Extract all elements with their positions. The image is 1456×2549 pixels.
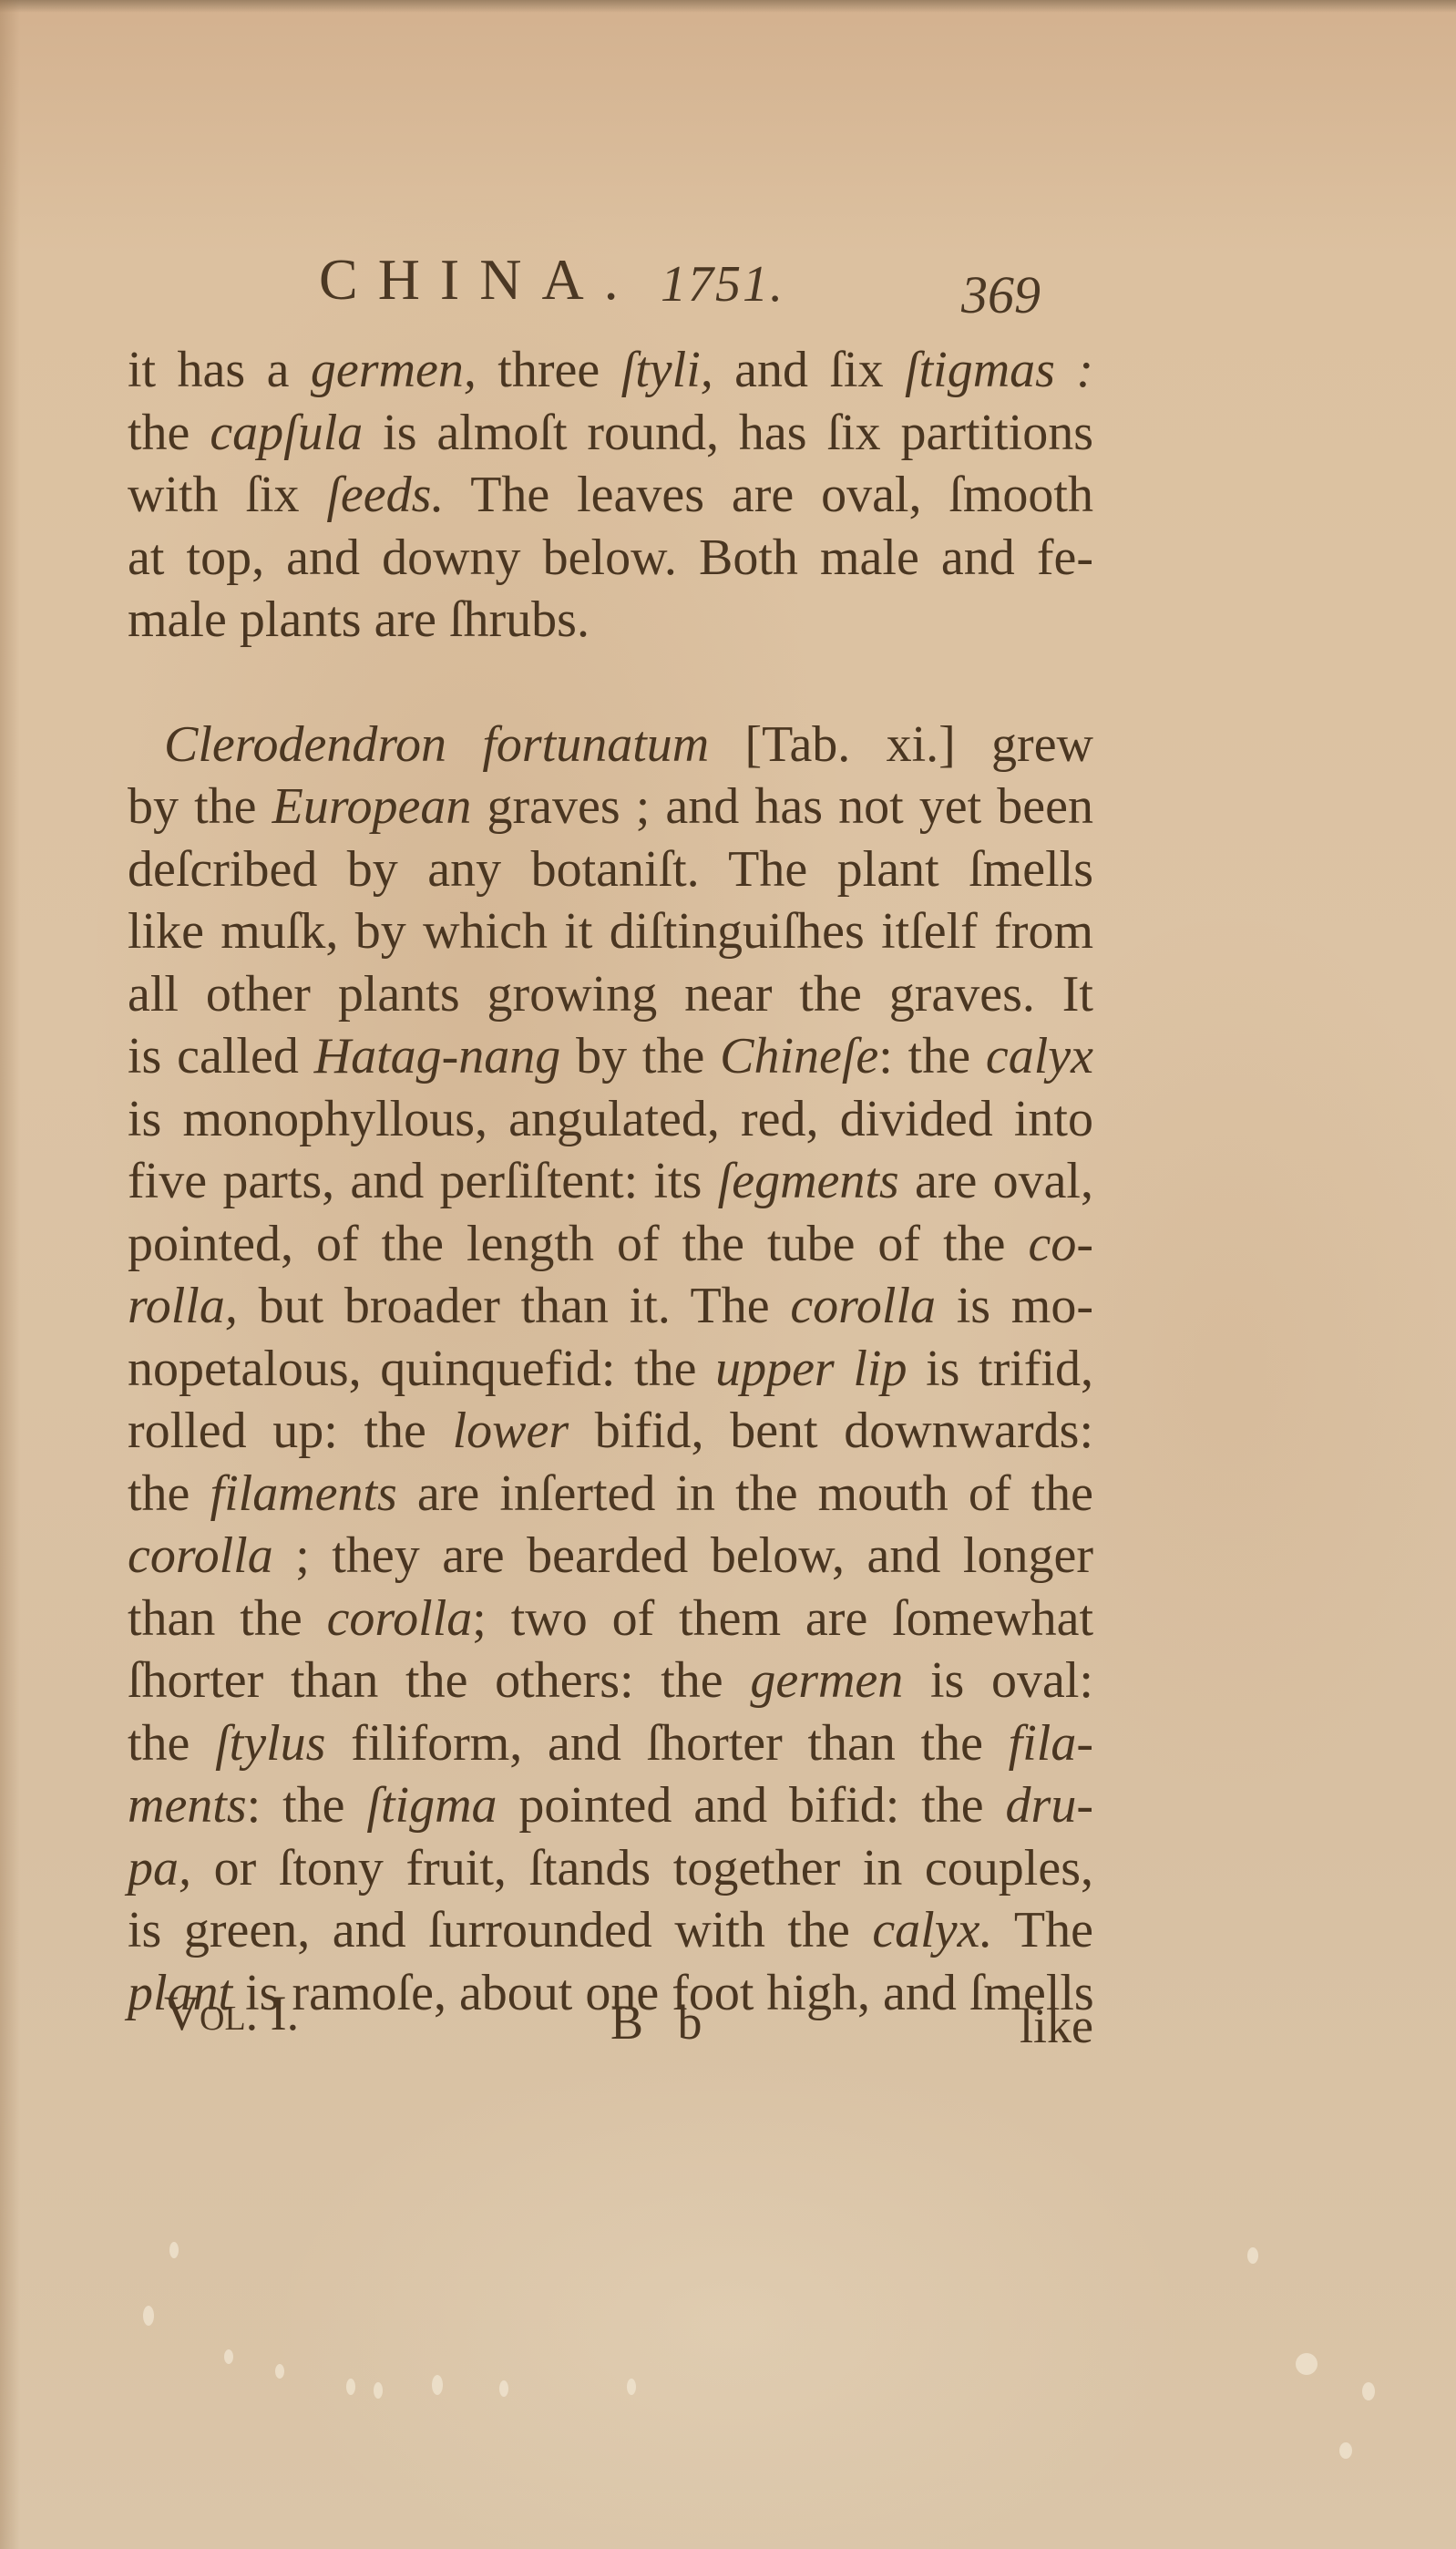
text-run: is almoſt round, has ſix partitions	[363, 405, 1093, 461]
catchword: like	[1020, 1998, 1093, 2054]
paper-spot	[432, 2375, 443, 2395]
text-run: nopetalous, quinquefid: the	[128, 1341, 715, 1397]
text-run: by the	[128, 778, 272, 835]
text-line: the filaments are inſerted in the mouth …	[128, 1463, 1093, 1526]
text-line: ments: the ſtigma pointed and bifid: the…	[128, 1774, 1093, 1837]
text-run: is mo-	[936, 1278, 1093, 1334]
text-line: is green, and ſurrounded with the calyx.…	[128, 1899, 1093, 1962]
text-run: bifid, bent downwards:	[569, 1403, 1093, 1459]
text-line: at top, and downy below. Both male and f…	[128, 527, 1093, 590]
italic-term: upper lip	[715, 1341, 907, 1397]
paper-spot	[143, 2306, 154, 2326]
text-run: the	[128, 405, 210, 461]
text-run: with ſix	[128, 467, 326, 523]
text-run: The leaves are oval, ſmooth	[444, 467, 1093, 523]
text-run: is trifid,	[907, 1341, 1093, 1397]
text-line: rolla, but broader than it. The corolla …	[128, 1275, 1093, 1338]
italic-term: Hatag-nang	[314, 1028, 561, 1084]
text-line: all other plants growing near the graves…	[128, 963, 1093, 1026]
italic-term: ments	[128, 1777, 247, 1834]
text-run: The	[992, 1902, 1093, 1958]
paper-spot	[1362, 2382, 1375, 2400]
text-line: it has a germen, three ſtyli, and ſix ſt…	[128, 339, 1093, 402]
italic-term: Chineſe	[720, 1028, 878, 1084]
italic-term: ſeeds.	[326, 467, 444, 523]
text-run: is oval:	[903, 1652, 1093, 1709]
text-run: rolled up: the	[128, 1403, 453, 1459]
text-run: but broader than it. The	[238, 1278, 790, 1334]
italic-term: lower	[453, 1403, 569, 1459]
text-run: five parts, and perſiſtent: its	[128, 1153, 718, 1209]
text-run: it has a	[128, 342, 311, 398]
paper-spot	[1296, 2353, 1318, 2375]
running-head: CHINA. 1751. 369	[128, 246, 1084, 319]
italic-term: germen	[750, 1652, 903, 1709]
italic-term: germen,	[311, 342, 477, 398]
text-run: pointed, of the length of the tube of th…	[128, 1216, 1028, 1272]
italic-term: corolla	[128, 1527, 273, 1584]
text-line: five parts, and perſiſtent: its ſegments…	[128, 1150, 1093, 1213]
text-run: male plants are ſhrubs.	[128, 591, 590, 648]
paper-spot	[627, 2379, 636, 2395]
page-number: 369	[961, 264, 1041, 325]
paper-spot	[224, 2349, 233, 2364]
paper-spot	[346, 2379, 355, 2395]
text-run: all other plants growing near the graves…	[128, 966, 1093, 1023]
body-text: it has a germen, three ſtyli, and ſix ſt…	[128, 339, 1093, 2024]
text-run: are inſerted in the mouth of the	[397, 1465, 1093, 1522]
text-run: : the	[878, 1028, 986, 1084]
text-line: with ſix ſeeds. The leaves are oval, ſmo…	[128, 464, 1093, 527]
text-run: and ſix	[713, 342, 905, 398]
italic-term: fila-	[1009, 1715, 1093, 1772]
text-run: ſhorter than the others: the	[128, 1652, 750, 1709]
text-line: corolla ; they are bearded below, and lo…	[128, 1525, 1093, 1588]
text-run: the	[128, 1715, 215, 1772]
text-run: the	[128, 1465, 210, 1522]
running-head-year: 1751.	[661, 255, 784, 313]
text-run: three	[477, 342, 621, 398]
signature-mark: B b	[610, 1994, 713, 2051]
italic-term: ſegments	[718, 1153, 899, 1209]
italic-term: European	[272, 778, 472, 835]
text-run: pointed and bifid: the	[497, 1777, 1006, 1834]
text-run: at top, and downy below. Both male and f…	[128, 529, 1093, 586]
text-run: : the	[247, 1777, 367, 1834]
text-line: ſhorter than the others: the germen is o…	[128, 1650, 1093, 1712]
italic-term: ſtyli,	[621, 342, 713, 398]
text-line: deſcribed by any botaniſt. The plant ſme…	[128, 838, 1093, 901]
text-run: is called	[128, 1028, 314, 1084]
text-run: ; two of them are ſomewhat	[472, 1590, 1093, 1647]
paper-spot	[499, 2380, 508, 2397]
text-run: than the	[128, 1590, 327, 1647]
italic-term: ſtigma	[366, 1777, 497, 1834]
italic-term: ſtigmas :	[905, 342, 1093, 398]
text-run: by the	[560, 1028, 720, 1084]
text-line: the capſula is almoſt round, has ſix par…	[128, 402, 1093, 465]
text-run: like muſk, by which it diſtinguiſhes itſ…	[128, 903, 1093, 960]
paragraph-gap	[128, 652, 1093, 714]
text-run: graves ; and has not yet been	[471, 778, 1093, 835]
text-line: nopetalous, quinquefid: the upper lip is…	[128, 1338, 1093, 1401]
paper-spot	[275, 2364, 284, 2379]
text-run: filiform, and ſhorter than the	[325, 1715, 1008, 1772]
text-line: Clerodendron fortunatum [Tab. xi.] grew	[128, 714, 1093, 776]
text-run: deſcribed by any botaniſt. The plant ſme…	[128, 841, 1093, 898]
paper-spot	[374, 2382, 383, 2399]
page-footer: Vol. I. B b like	[128, 1985, 1093, 2049]
text-line: is called Hatag-nang by the Chineſe: the…	[128, 1025, 1093, 1088]
text-run: [Tab. xi.] grew	[709, 716, 1093, 773]
text-run: is green, and ſurrounded with the	[128, 1902, 872, 1958]
text-line: pa, or ſtony fruit, ſtands together in c…	[128, 1837, 1093, 1900]
text-run: ; they are bearded below, and longer	[273, 1527, 1093, 1584]
italic-term: Clerodendron fortunatum	[164, 716, 709, 773]
text-line: rolled up: the lower bifid, bent downwar…	[128, 1400, 1093, 1463]
italic-term: pa,	[128, 1840, 191, 1896]
italic-term: filaments	[210, 1465, 397, 1522]
text-line: by the European graves ; and has not yet…	[128, 776, 1093, 838]
text-line: is monophyllous, angulated, red, divided…	[128, 1088, 1093, 1151]
text-line: pointed, of the length of the tube of th…	[128, 1213, 1093, 1276]
text-line: male plants are ſhrubs.	[128, 589, 1093, 652]
italic-term: calyx.	[872, 1902, 992, 1958]
italic-term: corolla	[790, 1278, 936, 1334]
volume-label: Vol. I.	[164, 1985, 299, 2041]
page-gutter-shadow	[0, 0, 20, 2549]
paper-spot	[1339, 2442, 1352, 2459]
italic-term: ſtylus	[215, 1715, 325, 1772]
italic-term: rolla,	[128, 1278, 238, 1334]
italic-term: dru-	[1006, 1777, 1093, 1834]
paper-spot	[169, 2242, 179, 2258]
italic-term: capſula	[210, 405, 363, 461]
italic-term: calyx	[986, 1028, 1093, 1084]
text-run: is monophyllous, angulated, red, divided…	[128, 1091, 1093, 1147]
text-line: like muſk, by which it diſtinguiſhes itſ…	[128, 900, 1093, 963]
text-run: or ſtony fruit, ſtands together in coupl…	[191, 1840, 1093, 1896]
italic-term: corolla	[327, 1590, 473, 1647]
running-head-title: CHINA.	[319, 246, 639, 313]
paper-spot	[1247, 2247, 1258, 2264]
italic-term: co-	[1028, 1216, 1093, 1272]
text-run: are oval,	[899, 1153, 1093, 1209]
page-top-edge-shadow	[0, 0, 1456, 13]
text-line: the ſtylus filiform, and ſhorter than th…	[128, 1712, 1093, 1775]
text-line: than the corolla; two of them are ſomewh…	[128, 1588, 1093, 1650]
